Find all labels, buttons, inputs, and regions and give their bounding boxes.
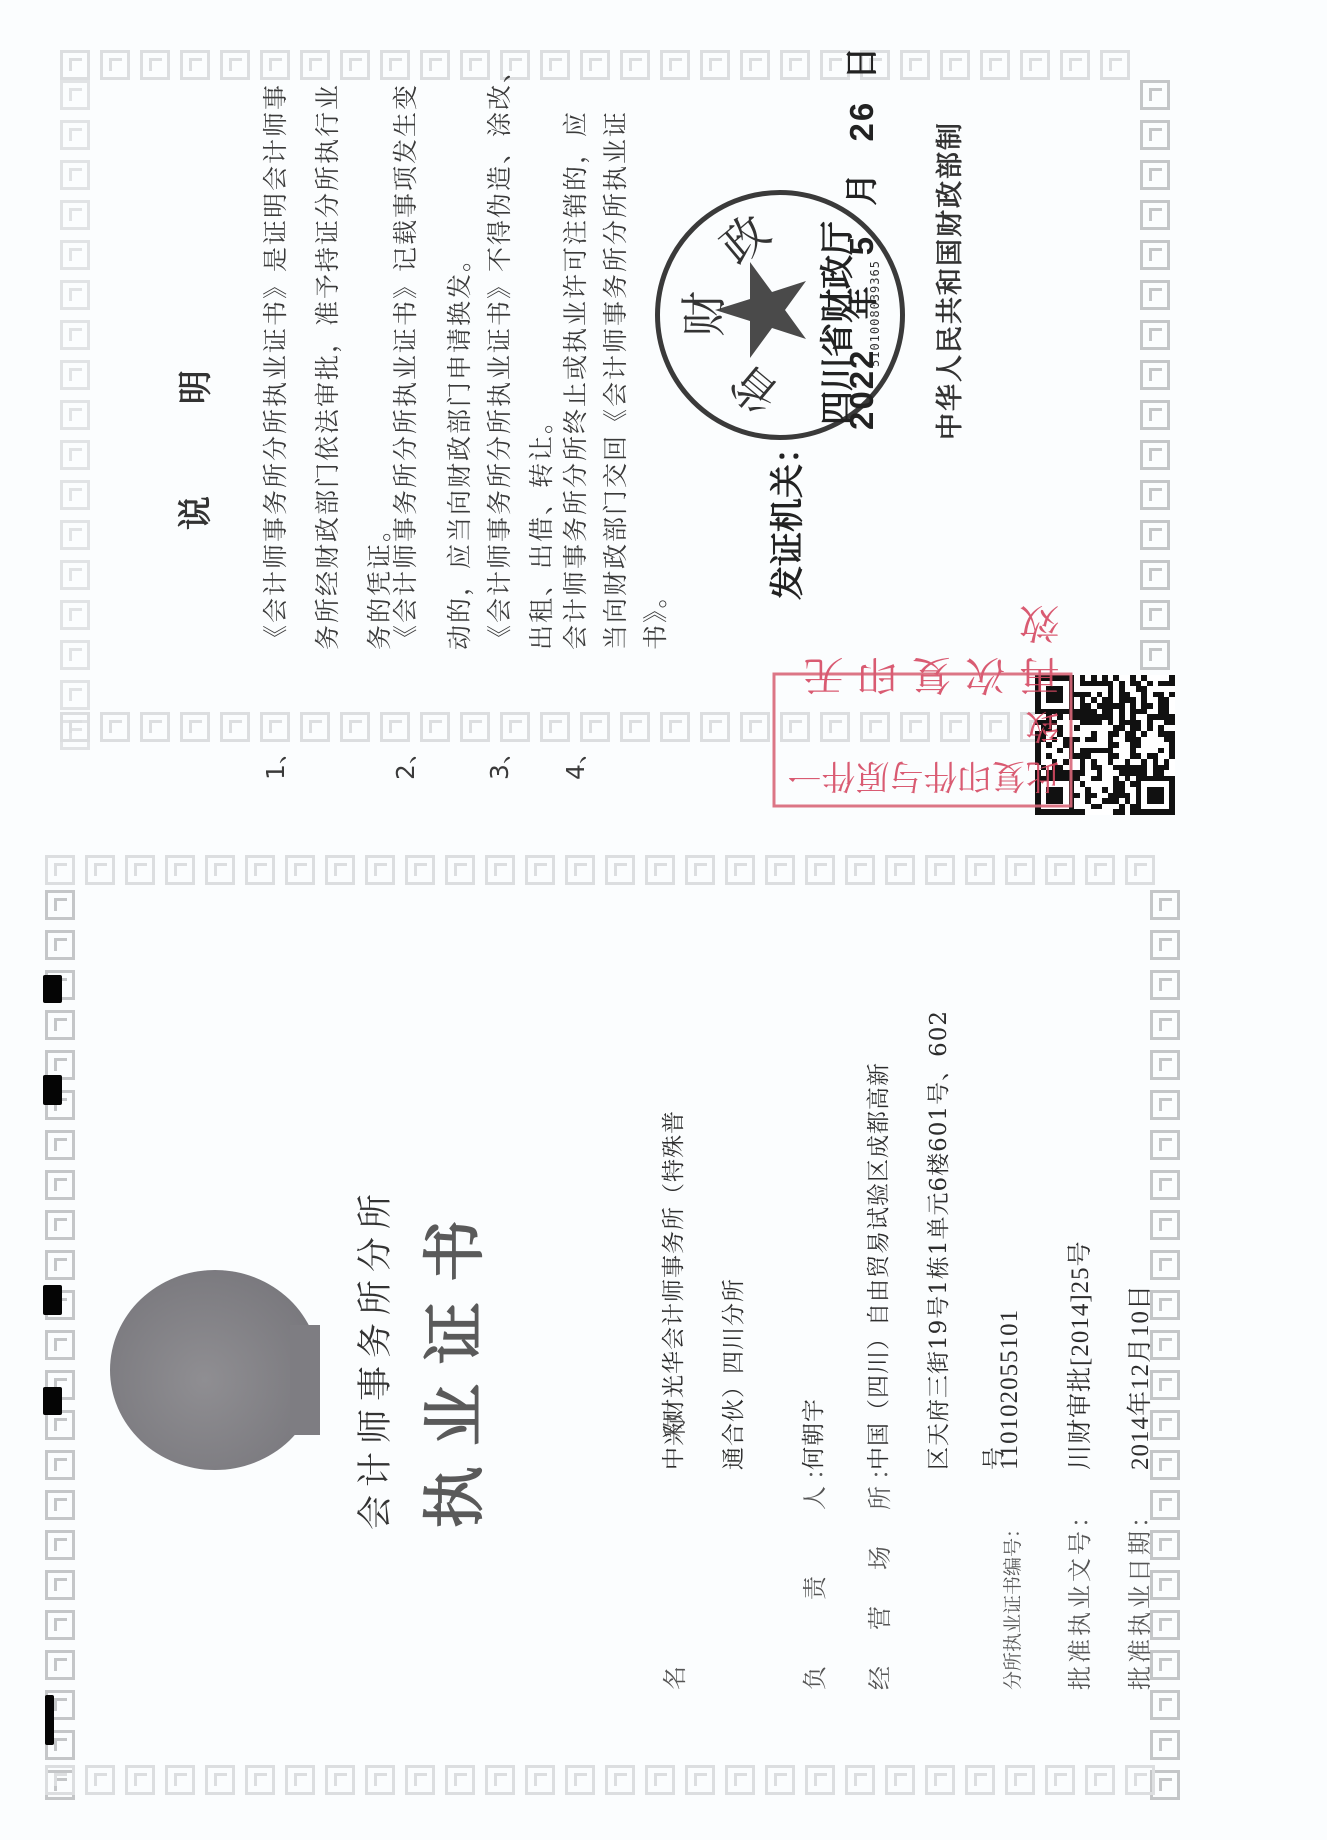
copy-certification-stamp: 此复印件与原件一致 再次复印无效 <box>773 673 1073 808</box>
fret-motif <box>660 50 690 80</box>
instruction-line: 动的，应当向财政部门申请换发。 <box>440 245 476 650</box>
fret-motif <box>45 1170 75 1200</box>
fret-motif <box>540 50 570 80</box>
fret-motif <box>1150 890 1180 920</box>
fret-motif <box>340 50 370 80</box>
fret-motif <box>60 480 90 510</box>
fret-motif <box>205 855 235 885</box>
fret-motif <box>620 712 650 742</box>
fret-motif <box>1150 1690 1180 1720</box>
fret-motif <box>405 1765 435 1795</box>
instruction-line: 书》。 <box>636 581 672 650</box>
fret-motif <box>325 855 355 885</box>
instructions-heading: 说 明 <box>168 330 217 530</box>
fret-motif <box>60 120 90 150</box>
fret-motif <box>1150 1090 1180 1120</box>
fret-motif <box>380 712 410 742</box>
cover-border-left-edge <box>45 1765 1155 1795</box>
fret-motif <box>1150 1250 1180 1280</box>
fret-motif <box>60 240 90 270</box>
fret-motif <box>445 855 475 885</box>
item-number: 2、 <box>386 739 422 780</box>
fret-motif <box>940 50 970 80</box>
fret-motif <box>845 1765 875 1795</box>
fret-motif <box>445 1765 475 1795</box>
national-emblem-icon <box>110 1270 320 1470</box>
fret-motif <box>60 712 90 742</box>
fret-motif <box>420 50 450 80</box>
issue-day: 26 <box>843 101 880 142</box>
fret-motif <box>45 1210 75 1240</box>
issue-date: 2022 年 5 月 26 日 <box>836 45 883 430</box>
fret-motif <box>85 1765 115 1795</box>
fret-motif <box>980 50 1010 80</box>
fret-motif <box>1045 855 1075 885</box>
fret-motif <box>285 1765 315 1795</box>
fret-motif <box>45 1010 75 1040</box>
fret-motif <box>285 855 315 885</box>
fret-motif <box>60 400 90 430</box>
fret-motif <box>1100 50 1130 80</box>
instructions-border-side-a <box>60 50 1130 80</box>
fret-motif <box>885 1765 915 1795</box>
fret-motif <box>1140 600 1170 630</box>
fret-motif <box>1140 120 1170 150</box>
fret-motif <box>1060 50 1090 80</box>
fret-motif <box>245 855 275 885</box>
fret-motif <box>645 1765 675 1795</box>
fret-motif <box>765 1765 795 1795</box>
fret-motif <box>45 930 75 960</box>
fret-motif <box>845 855 875 885</box>
fret-motif <box>1140 640 1170 670</box>
field-label-branch-cert-number: 分所执业证书编号： <box>998 1519 1025 1690</box>
field-value-business-premises: 中国（四川）自由贸易试验区成都高新 <box>860 1062 893 1470</box>
stamp-line-1: 此复印件与原件一致 <box>786 701 1060 801</box>
fret-motif <box>885 855 915 885</box>
field-label-approval-doc-number: 批准执业文号： <box>1060 1501 1095 1690</box>
fret-motif <box>245 1765 275 1795</box>
fret-motif <box>180 712 210 742</box>
day-unit: 日 <box>843 45 880 80</box>
fret-motif <box>965 1765 995 1795</box>
instructions-border-bottom-edge <box>1140 80 1170 750</box>
field-value-branch-cert-number: 110102055101 <box>996 1309 1024 1470</box>
instruction-line: 出租、出借、转让。 <box>522 407 558 650</box>
fret-motif <box>605 1765 635 1795</box>
certificate-title: 执业证书 <box>405 1200 494 1528</box>
certificate-subtitle: 会计师事务所分所 <box>348 1186 398 1530</box>
fret-motif <box>700 712 730 742</box>
month-unit: 月 <box>843 171 880 206</box>
fret-motif <box>60 520 90 550</box>
fret-motif <box>565 1765 595 1795</box>
stamp-line-2: 再次复印无效 <box>786 597 1060 701</box>
fret-motif <box>100 50 130 80</box>
fret-motif <box>1085 855 1115 885</box>
fret-motif <box>1045 1765 1075 1795</box>
instruction-line: 会计师事务所分所终止或执业许可注销的，应 <box>556 110 592 650</box>
redaction-mark <box>43 1387 62 1415</box>
fret-motif <box>220 712 250 742</box>
field-label-person-in-charge: 负 责 人： <box>795 1450 830 1690</box>
fret-motif <box>1140 560 1170 590</box>
fret-motif <box>45 1330 75 1360</box>
fret-motif <box>1125 855 1155 885</box>
fret-motif <box>45 890 75 920</box>
fret-motif <box>540 712 570 742</box>
fret-motif <box>45 1490 75 1520</box>
fret-motif <box>925 855 955 885</box>
fret-motif <box>125 1765 155 1795</box>
fret-motif <box>685 855 715 885</box>
fret-motif <box>580 712 610 742</box>
fret-motif <box>1140 200 1170 230</box>
fret-motif <box>45 1530 75 1560</box>
fret-motif <box>45 1650 75 1680</box>
fret-motif <box>60 360 90 390</box>
fret-motif <box>300 50 330 80</box>
fret-motif <box>60 200 90 230</box>
fret-motif <box>565 855 595 885</box>
fret-motif <box>365 1765 395 1795</box>
fret-motif <box>1020 50 1050 80</box>
fret-motif <box>140 50 170 80</box>
redaction-mark <box>43 1285 62 1315</box>
fret-motif <box>700 50 730 80</box>
year-unit: 年 <box>843 284 880 319</box>
field-value-person-in-charge: 何朝宇 <box>795 1398 828 1470</box>
fret-motif <box>420 712 450 742</box>
fret-motif <box>60 320 90 350</box>
maker-line: 中华人民共和国财政部制 <box>928 121 967 440</box>
fret-motif <box>485 855 515 885</box>
fret-motif <box>460 712 490 742</box>
fret-motif <box>1140 360 1170 390</box>
fret-motif <box>45 1570 75 1600</box>
fret-motif <box>60 280 90 310</box>
fret-motif <box>900 50 930 80</box>
fret-motif <box>100 712 130 742</box>
fret-motif <box>60 160 90 190</box>
fret-motif <box>765 855 795 885</box>
fret-motif <box>1150 1730 1180 1760</box>
redaction-mark <box>43 1075 62 1105</box>
fret-motif <box>1150 970 1180 1000</box>
fret-motif <box>85 855 115 885</box>
field-value-name: 中兴财光华会计师事务所（特殊普 <box>655 1110 688 1470</box>
fret-motif <box>740 50 770 80</box>
field-label-business-premises: 经 营 场 所： <box>860 1450 895 1690</box>
fret-motif <box>1150 930 1180 960</box>
fret-motif <box>605 855 635 885</box>
fret-motif <box>140 712 170 742</box>
fret-motif <box>620 50 650 80</box>
fret-motif <box>1005 855 1035 885</box>
certificate-scan: 说 明 1、 《会计师事务所分所执业证书》是证明会计师事 务所经财政部门依法审批… <box>0 0 1327 1840</box>
fret-motif <box>725 1765 755 1795</box>
issue-month: 5 <box>843 235 880 255</box>
fret-motif <box>45 1765 75 1795</box>
field-value-business-premises: 区天府三街19号1栋1单元6楼601号、602 <box>920 1010 953 1470</box>
item-number: 4、 <box>556 739 592 780</box>
fret-motif <box>405 855 435 885</box>
issuer-label: 发证机关： <box>760 430 809 600</box>
fret-motif <box>805 855 835 885</box>
fret-motif <box>1140 400 1170 430</box>
fret-motif <box>660 712 690 742</box>
field-label-approval-date: 批准执业日期： <box>1120 1501 1155 1690</box>
fret-motif <box>1085 1765 1115 1795</box>
cover-border-right-edge <box>45 855 1155 885</box>
fret-motif <box>1140 240 1170 270</box>
fret-motif <box>965 855 995 885</box>
fret-motif <box>340 712 370 742</box>
fret-motif <box>45 855 75 885</box>
emblem-base <box>290 1325 320 1435</box>
cover-border-top-edge <box>45 890 75 1800</box>
item-number: 3、 <box>480 739 516 780</box>
fret-motif <box>1125 1765 1155 1795</box>
fret-motif <box>1140 520 1170 550</box>
fret-motif <box>45 1610 75 1640</box>
issue-year: 2022 <box>843 349 880 430</box>
fret-motif <box>60 600 90 630</box>
instructions-border-left-edge <box>60 80 90 750</box>
fret-motif <box>1150 1010 1180 1040</box>
item-number: 1、 <box>256 739 292 780</box>
fret-motif <box>205 1765 235 1795</box>
instruction-line: 务所经财政部门依法审批，准予持证分所执行业 <box>308 83 344 650</box>
fret-motif <box>1150 1170 1180 1200</box>
fret-motif <box>180 50 210 80</box>
fret-motif <box>1140 440 1170 470</box>
fret-motif <box>1005 1765 1035 1795</box>
fret-motif <box>500 712 530 742</box>
fret-motif <box>380 50 410 80</box>
fret-motif <box>925 1765 955 1795</box>
redaction-mark <box>45 1695 54 1745</box>
fret-motif <box>60 440 90 470</box>
fret-motif <box>1140 480 1170 510</box>
fret-motif <box>1140 280 1170 310</box>
fret-motif <box>1150 1210 1180 1240</box>
fret-motif <box>60 680 90 710</box>
fret-motif <box>60 50 90 80</box>
fret-motif <box>220 50 250 80</box>
instruction-line: 《会计师事务所分所执业证书》不得伪造、涂改、 <box>480 56 516 650</box>
field-value-approval-doc-number: 川财审批[2014]25号 <box>1060 1240 1096 1470</box>
instruction-line: 《会计师事务所分所执业证书》记载事项发生变 <box>386 83 422 650</box>
fret-motif <box>1150 1050 1180 1080</box>
fret-motif <box>1140 320 1170 350</box>
fret-motif <box>1140 160 1170 190</box>
instruction-line: 当向财政部门交回《会计师事务所分所执业证 <box>596 110 632 650</box>
fret-motif <box>725 855 755 885</box>
fret-motif <box>780 50 810 80</box>
fret-motif <box>60 640 90 670</box>
instruction-line: 《会计师事务所分所执业证书》是证明会计师事 <box>256 83 292 650</box>
seal-arc-char: 政 <box>704 197 782 277</box>
fret-motif <box>645 855 675 885</box>
fret-motif <box>45 1250 75 1280</box>
fret-motif <box>125 855 155 885</box>
fret-motif <box>260 712 290 742</box>
fret-motif <box>1150 1130 1180 1160</box>
fret-motif <box>365 855 395 885</box>
fret-motif <box>325 1765 355 1795</box>
fret-motif <box>60 80 90 110</box>
fret-motif <box>165 1765 195 1795</box>
fret-motif <box>1140 80 1170 110</box>
fret-motif <box>300 712 330 742</box>
redaction-mark <box>43 975 62 1003</box>
fret-motif <box>685 1765 715 1795</box>
seal-arc-char: 省 <box>714 352 792 432</box>
seal-arc-char: 财 <box>668 291 734 337</box>
field-value-approval-date: 2014年12月10日 <box>1120 1284 1156 1470</box>
fret-motif <box>260 50 290 80</box>
fret-motif <box>165 855 195 885</box>
fret-motif <box>45 1130 75 1160</box>
fret-motif <box>580 50 610 80</box>
fret-motif <box>805 1765 835 1795</box>
fret-motif <box>485 1765 515 1795</box>
fret-motif <box>45 1450 75 1480</box>
fret-motif <box>740 712 770 742</box>
fret-motif <box>525 1765 555 1795</box>
fret-motif <box>525 855 555 885</box>
field-value-name: 通合伙）四川分所 <box>715 1278 748 1470</box>
fret-motif <box>60 560 90 590</box>
